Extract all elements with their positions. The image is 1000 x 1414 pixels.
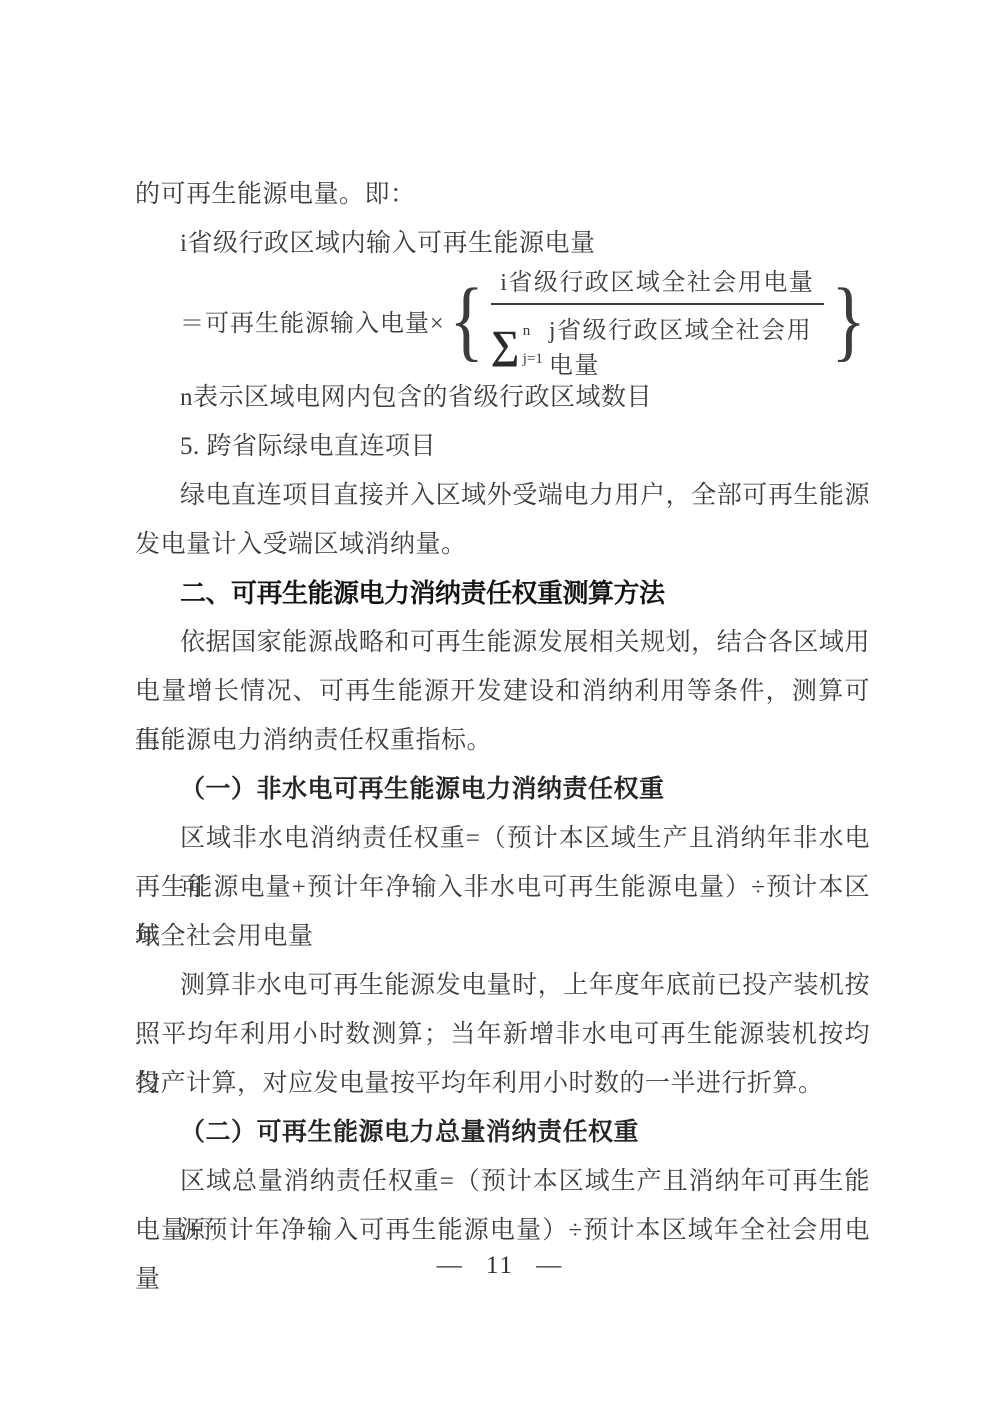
- subsection1-para2-line: 测算非水电可再生能源发电量时，上年度年底前已投产装机按: [135, 961, 870, 1010]
- page-content: 的可再生能源电量。即： i省级行政区域内输入可再生能源电量 ＝可再生能源输入电量…: [135, 170, 870, 1255]
- section2-heading: 二、可再生能源电力消纳责任权重测算方法: [135, 569, 870, 618]
- formula-note: n表示区域电网内包含的省级行政区域数目: [135, 373, 870, 422]
- summation-lower-limit: j=1: [523, 352, 543, 367]
- denominator-text: j省级行政区域全社会用电量: [549, 310, 824, 380]
- subsection1-para2-line: 照平均年利用小时数测算；当年新增非水电可再生能源装机按均匀: [135, 1010, 870, 1059]
- summation-upper-limit: n: [523, 324, 543, 339]
- subsection1-para1-line: 区域非水电消纳责任权重=（预计本区域生产且消纳年非水电可: [135, 814, 870, 863]
- subsection1-heading: （一）非水电可再生能源电力消纳责任权重: [135, 765, 870, 814]
- fraction-denominator: ∑ n j=1 j省级行政区域全社会用电量: [491, 305, 824, 380]
- item5-body-line: 发电量计入受端区域消纳量。: [135, 520, 870, 569]
- summation-symbol: ∑: [491, 325, 521, 365]
- section2-intro-line: 生能源电力消纳责任权重指标。: [135, 716, 870, 765]
- fraction-numerator: i省级行政区域全社会用电量: [491, 262, 824, 305]
- document-page: 的可再生能源电量。即： i省级行政区域内输入可再生能源电量 ＝可再生能源输入电量…: [0, 0, 1000, 1414]
- section2-intro-line: 电量增长情况、可再生能源开发建设和消纳利用等条件，测算可再: [135, 667, 870, 716]
- formula-fraction: i省级行政区域全社会用电量 ∑ n j=1 j省级行政区域全社会用电量: [491, 262, 824, 380]
- formula-block: ＝可再生能源输入电量× { i省级行政区域全社会用电量 ∑ n j=1 j省级行…: [135, 268, 870, 373]
- item5-body-line: 绿电直连项目直接并入区域外受端电力用户，全部可再生能源: [135, 471, 870, 520]
- formula-lhs: ＝可再生能源输入电量×: [180, 303, 445, 338]
- item5-heading: 5. 跨省际绿电直连项目: [135, 422, 870, 471]
- subsection1-para2-line: 投产计算，对应发电量按平均年利用小时数的一半进行折算。: [135, 1059, 870, 1108]
- page-number: — 11 —: [0, 1252, 1000, 1280]
- subsection2-heading: （二）可再生能源电力总量消纳责任权重: [135, 1108, 870, 1157]
- carryover-line: 的可再生能源电量。即：: [135, 170, 870, 219]
- subsection2-para1-line: 电量+预计年净输入可再生能源电量）÷预计本区域年全社会用电量: [135, 1206, 870, 1255]
- subsection1-para1-line: 再生能源电量+预计年净输入非水电可再生能源电量）÷预计本区域: [135, 863, 870, 912]
- section2-intro-line: 依据国家能源战略和可再生能源发展相关规划，结合各区域用: [135, 618, 870, 667]
- left-brace: {: [449, 271, 484, 371]
- subsection2-para1-line: 区域总量消纳责任权重=（预计本区域生产且消纳年可再生能源: [135, 1157, 870, 1206]
- summation-limits: n j=1: [521, 322, 549, 368]
- subsection1-para1-line: 年全社会用电量: [135, 912, 870, 961]
- right-brace: }: [831, 271, 866, 371]
